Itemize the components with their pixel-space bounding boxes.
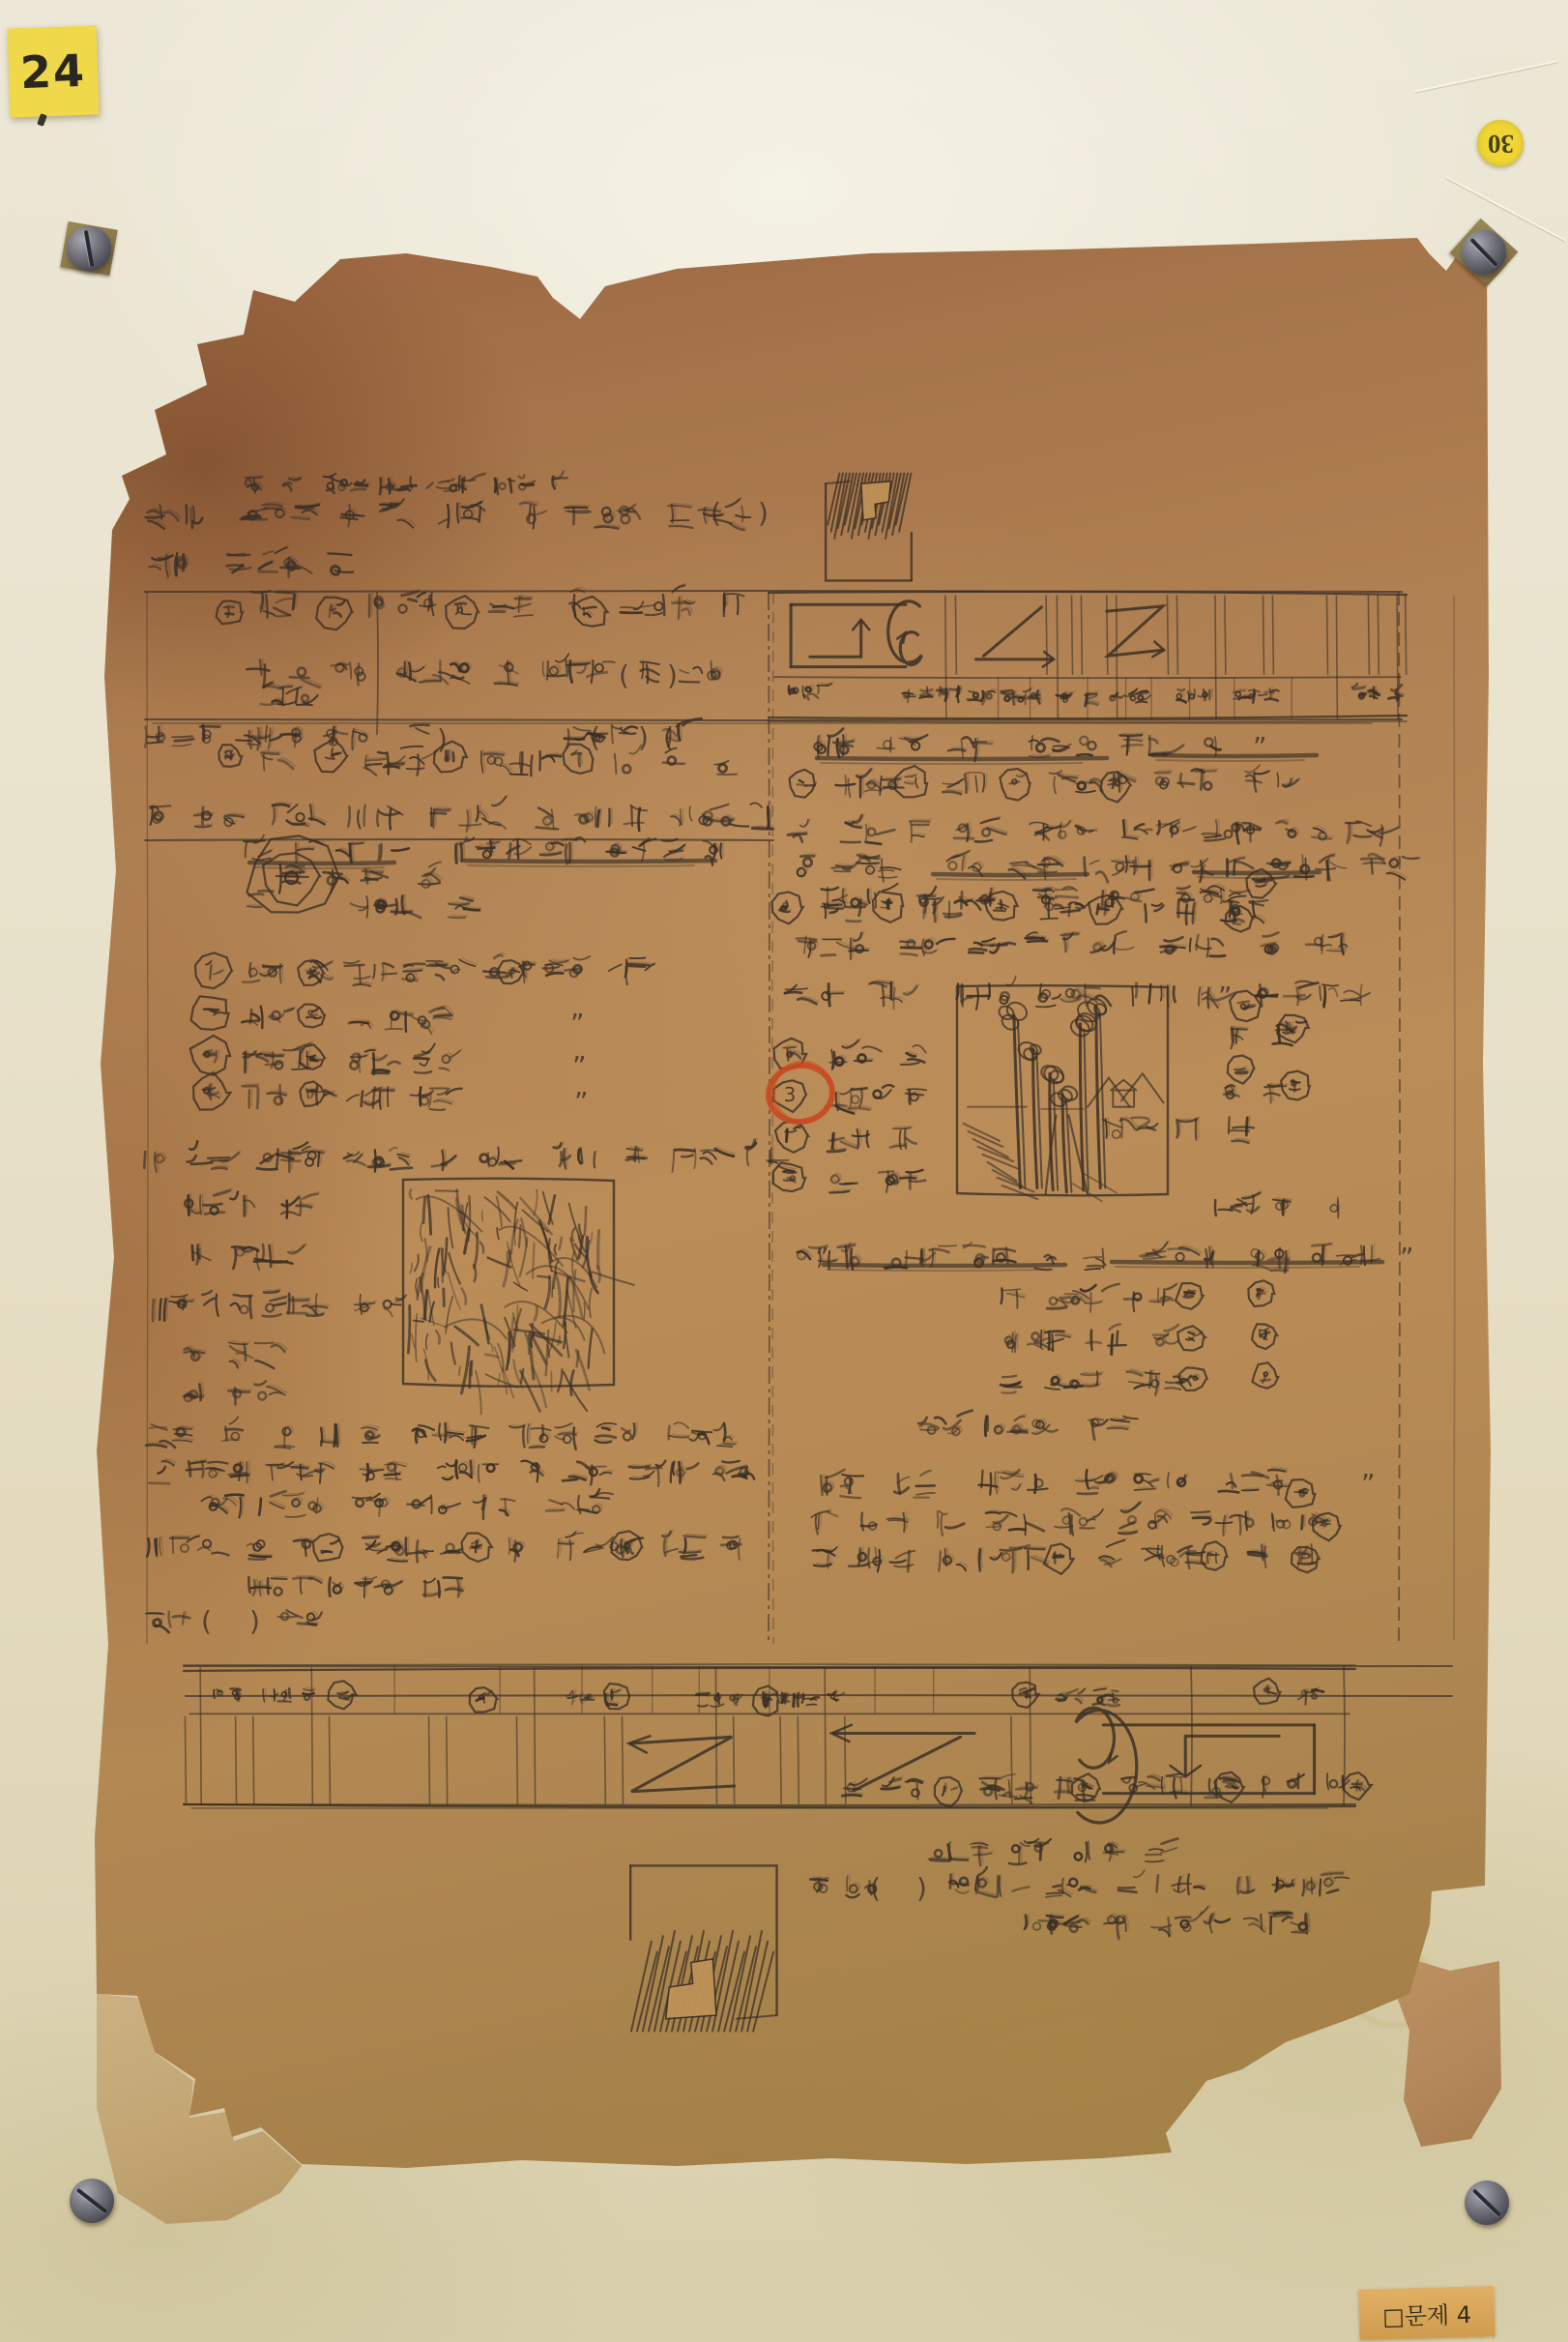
screw-fastener [1462,230,1506,275]
problem-number-text: □문제 4 [1382,2295,1472,2330]
exam-sheet-paper [92,232,1503,2187]
screw-fastener [70,2179,114,2223]
screw-fastener [1465,2181,1509,2225]
problem-number-label: □문제 4 [1358,2286,1495,2340]
round-number-sticker: 30 [1477,120,1524,166]
round-sticker-text: 30 [1488,129,1514,159]
board-crease [1446,176,1567,241]
board-crease [1414,60,1556,92]
screw-fastener [67,226,111,271]
photo-of-pinned-document: 3()())()(()”””””()””” 24 30 □문제 4 [0,0,1568,2342]
sticky-note-text: 24 [19,44,87,99]
sticky-note-page-number: 24 [7,25,99,117]
